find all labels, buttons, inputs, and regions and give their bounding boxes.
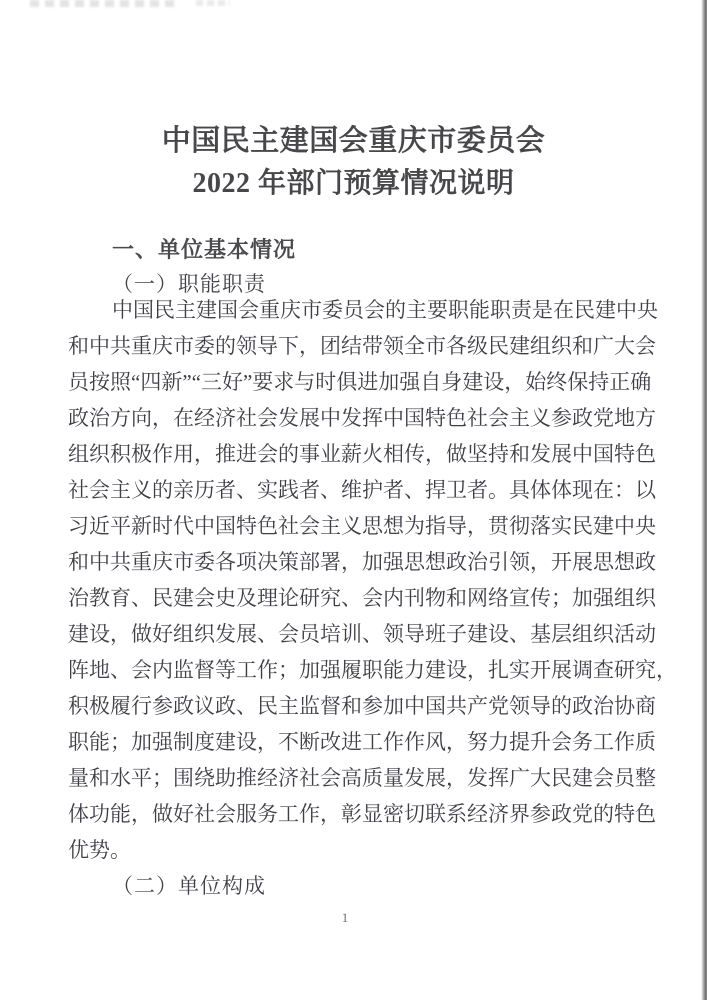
paragraph-line: 职能；加强制度建设，不断改进工作作风，努力提升会务工作质	[68, 724, 640, 760]
paragraph-line: 建设，做好组织发展、会员培训、领导班子建设、基层组织活动	[68, 616, 640, 652]
body-paragraph: 中国民主建国会重庆市委员会的主要职能职责是在民建中央 和中共重庆市委的领导下，团…	[68, 292, 640, 868]
scan-artifact-top-cutoff-text	[30, 0, 180, 7]
paragraph-line: 组织积极作用，推进会的事业薪火相传，做坚持和发展中国特色	[68, 436, 640, 472]
paragraph-line: 阵地、会内监督等工作；加强履职能力建设，扎实开展调查研究，	[68, 652, 640, 688]
doc-title-line1: 中国民主建国会重庆市委员会	[0, 118, 707, 159]
section-heading-unit-basic-info: 一、单位基本情况	[112, 233, 296, 264]
paragraph-line: 和中共重庆市委各项决策部署，加强思想政治引领，开展思想政	[68, 544, 640, 580]
scan-edge-right	[701, 0, 707, 1000]
paragraph-line: 员按照“四新”“三好”要求与时俱进加强自身建设，始终保持正确	[68, 364, 640, 400]
paragraph-line: 治教育、民建会史及理论研究、会内刊物和网络宣传；加强组织	[68, 580, 640, 616]
doc-title-line2: 2022 年部门预算情况说明	[0, 161, 707, 201]
paragraph-line: 量和水平；围绕助推经济社会高质量发展，发挥广大民建会员整	[68, 760, 640, 796]
paragraph-line: 体功能，做好社会服务工作，彰显密切联系经济界参政党的特色	[68, 796, 640, 832]
paragraph-line: 中国民主建国会重庆市委员会的主要职能职责是在民建中央	[68, 292, 640, 328]
document-page: 中国民主建国会重庆市委员会 2022 年部门预算情况说明 一、单位基本情况 （一…	[0, 0, 707, 1000]
paragraph-line: 积极履行参政议政、民主监督和参加中国共产党领导的政治协商	[68, 688, 640, 724]
paragraph-line: 习近平新时代中国特色社会主义思想为指导，贯彻落实民建中央	[68, 508, 640, 544]
paragraph-line: 优势。	[68, 832, 640, 868]
scan-artifact-top-cutoff-text-2	[196, 0, 230, 6]
page-number: 1	[0, 910, 690, 926]
subsection-heading-unit-composition: （二）单位构成	[112, 870, 266, 900]
paragraph-line: 政治方向，在经济社会发展中发挥中国特色社会主义参政党地方	[68, 400, 640, 436]
paragraph-line: 和中共重庆市委的领导下，团结带领全市各级民建组织和广大会	[68, 328, 640, 364]
paragraph-line: 社会主义的亲历者、实践者、维护者、捍卫者。具体体现在：以	[68, 472, 640, 508]
